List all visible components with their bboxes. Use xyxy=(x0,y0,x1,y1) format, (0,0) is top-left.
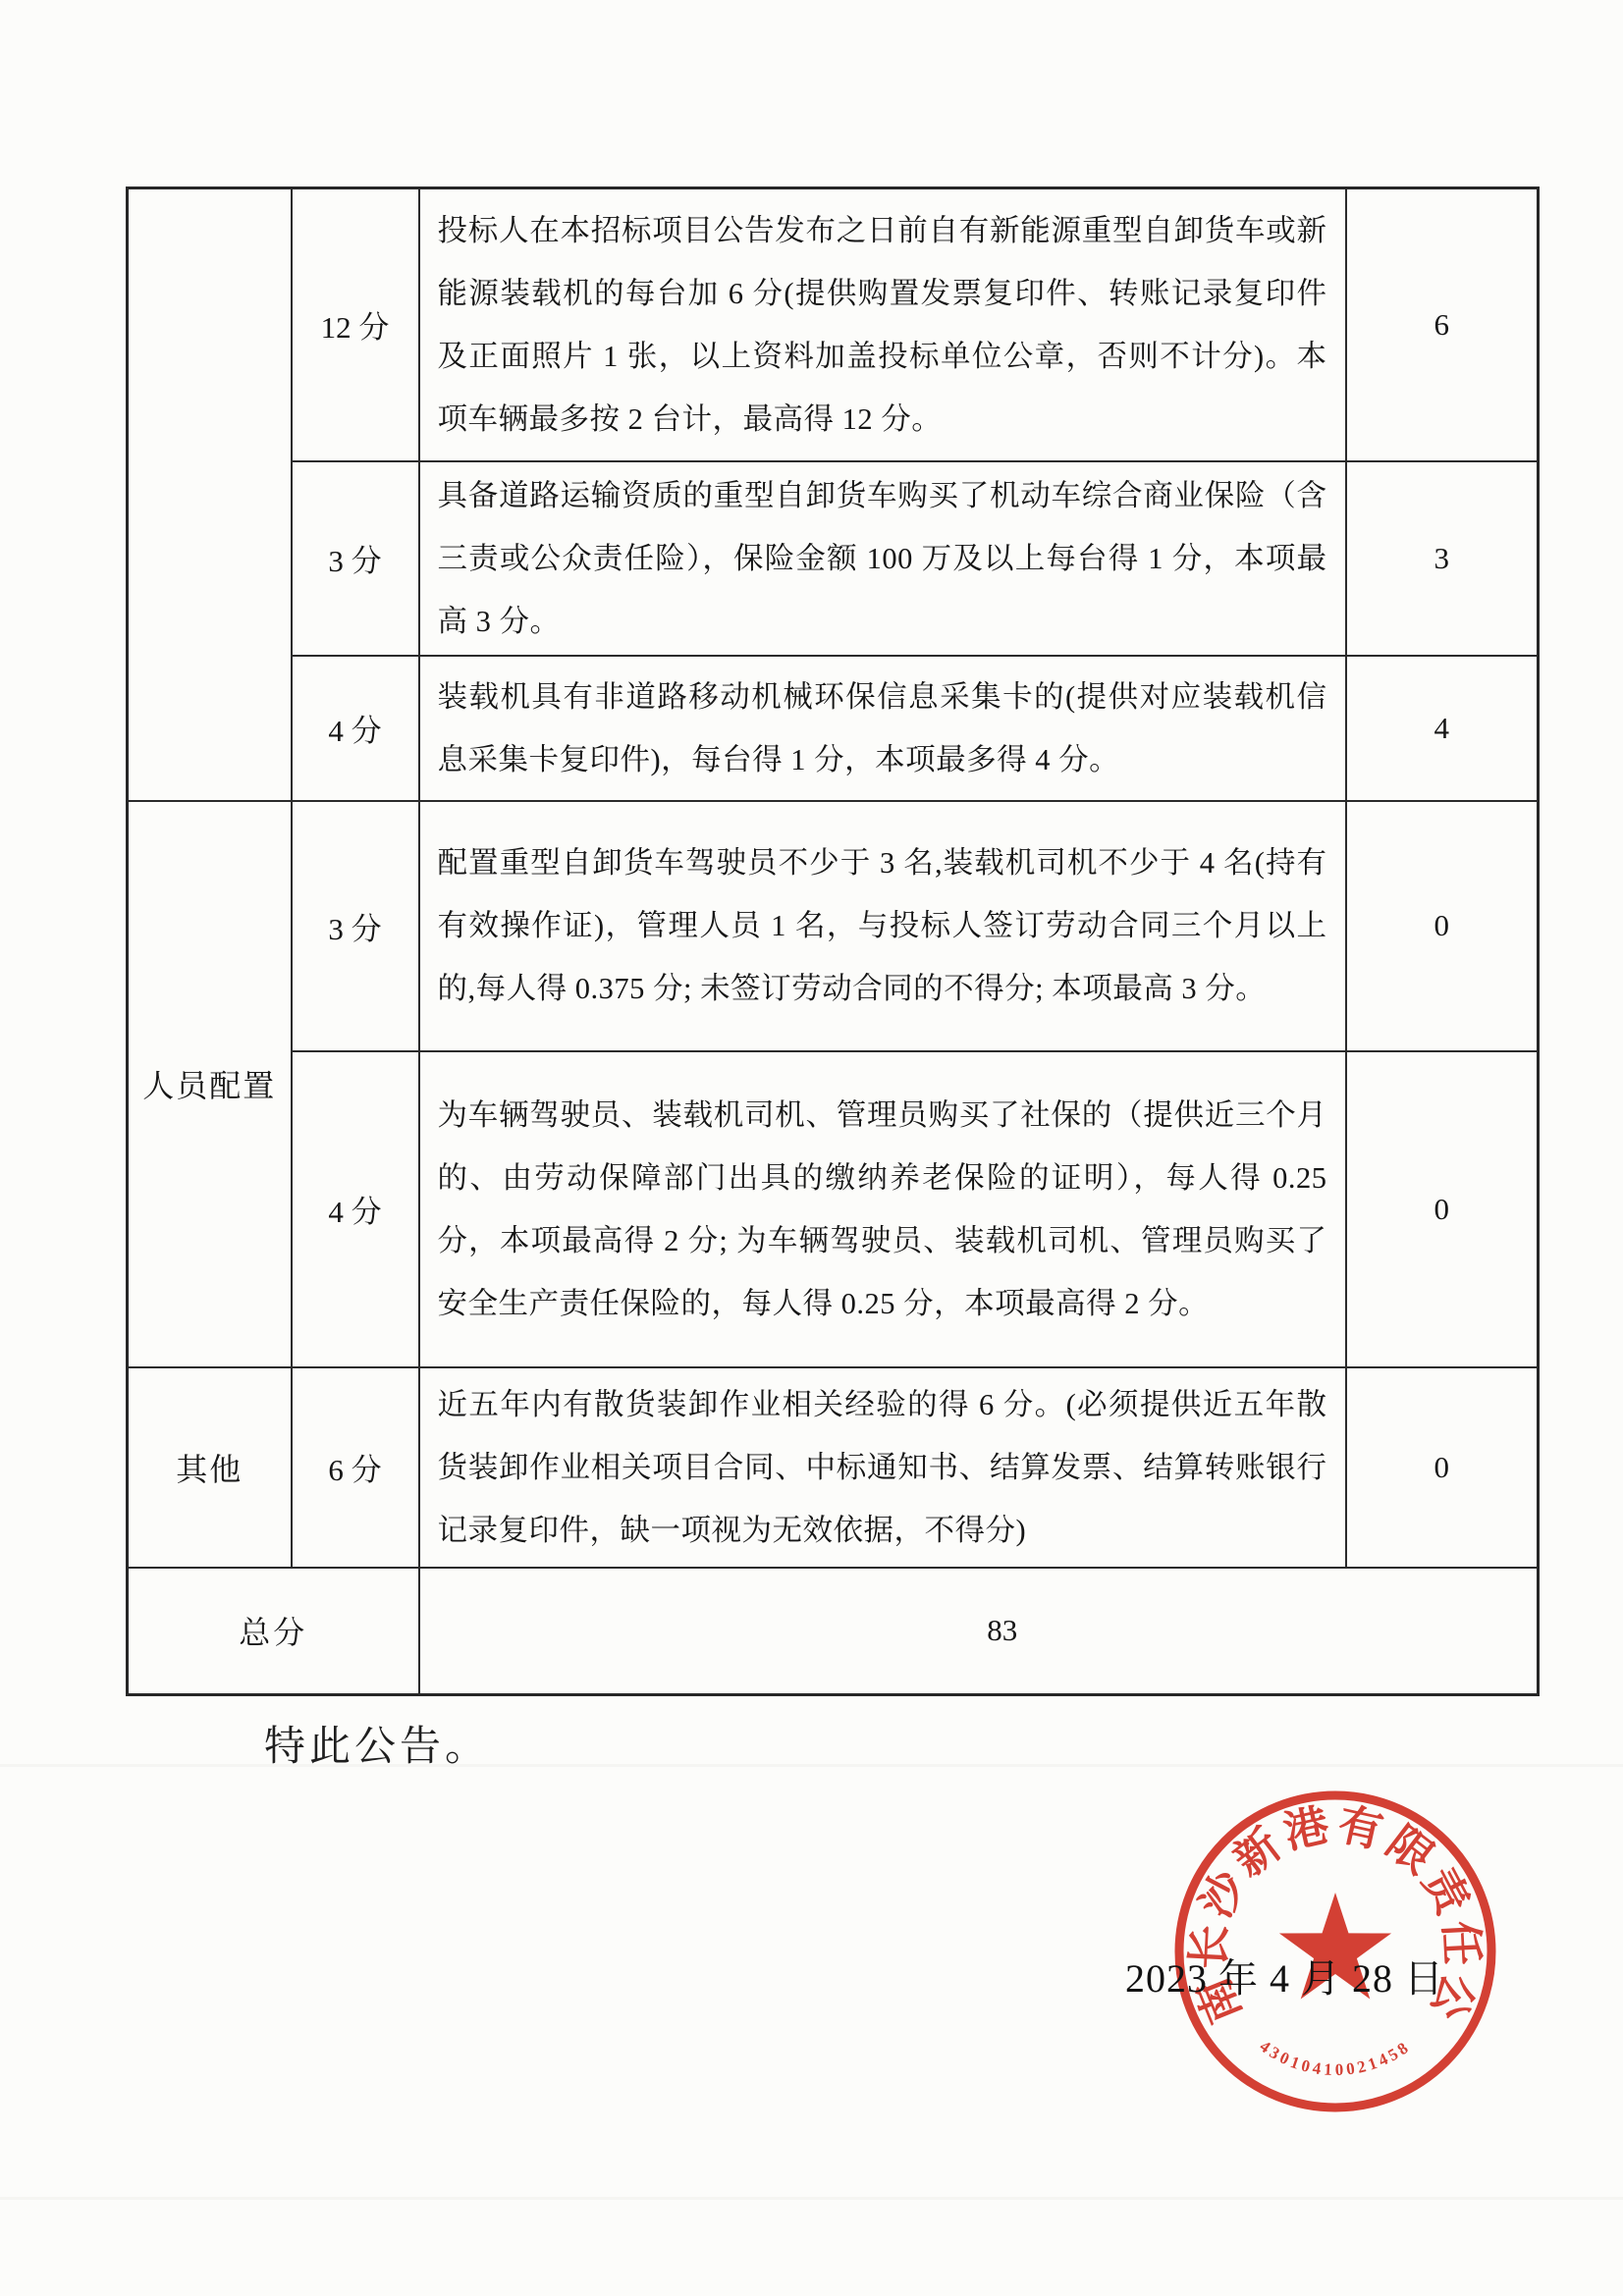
score-cell: 0 xyxy=(1346,1367,1539,1568)
scan-artifact-line xyxy=(0,2197,1623,2200)
score-cell: 0 xyxy=(1346,1051,1539,1367)
score-cell: 6 xyxy=(1346,188,1539,461)
scanned-announcement-page: 12 分 投标人在本招标项目公告发布之日前自有新能源重型自卸货车或新能源装载机的… xyxy=(0,0,1623,2296)
table-row: 3 分 具备道路运输资质的重型自卸货车购买了机动车综合商业保险（含三责或公众责任… xyxy=(128,461,1539,656)
category-cell-other: 其他 xyxy=(128,1367,292,1568)
category-cell-personnel: 人员配置 xyxy=(128,801,292,1367)
points-cell: 3 分 xyxy=(292,461,419,656)
points-cell: 4 分 xyxy=(292,656,419,801)
score-cell: 3 xyxy=(1346,461,1539,656)
score-cell: 0 xyxy=(1346,801,1539,1051)
total-row: 总分 83 xyxy=(128,1568,1539,1695)
scan-artifact-line xyxy=(0,1764,1623,1767)
points-cell: 3 分 xyxy=(292,801,419,1051)
criteria-description: 为车辆驾驶员、装载机司机、管理员购买了社保的（提供近三个月的、由劳动保障部门出具… xyxy=(419,1051,1346,1367)
total-label-cell: 总分 xyxy=(128,1568,419,1695)
table-row: 人员配置 3 分 配置重型自卸货车驾驶员不少于 3 名,装载机司机不少于 4 名… xyxy=(128,801,1539,1051)
points-cell: 12 分 xyxy=(292,188,419,461)
table-row: 其他 6 分 近五年内有散货装卸作业相关经验的得 6 分。(必须提供近五年散货装… xyxy=(128,1367,1539,1568)
category-cell-equipment xyxy=(128,188,292,801)
criteria-description: 配置重型自卸货车驾驶员不少于 3 名,装载机司机不少于 4 名(持有有效操作证)… xyxy=(419,801,1346,1051)
criteria-description: 具备道路运输资质的重型自卸货车购买了机动车综合商业保险（含三责或公众责任险），保… xyxy=(419,461,1346,656)
criteria-description: 投标人在本招标项目公告发布之日前自有新能源重型自卸货车或新能源装载机的每台加 6… xyxy=(419,188,1346,461)
criteria-description: 装载机具有非道路移动机械环保信息采集卡的(提供对应装载机信息采集卡复印件)，每台… xyxy=(419,656,1346,801)
score-cell: 4 xyxy=(1346,656,1539,801)
table-row: 4 分 为车辆驾驶员、装载机司机、管理员购买了社保的（提供近三个月的、由劳动保障… xyxy=(128,1051,1539,1367)
points-cell: 6 分 xyxy=(292,1367,419,1568)
total-value-cell: 83 xyxy=(419,1568,1539,1695)
points-cell: 4 分 xyxy=(292,1051,419,1367)
score-table: 12 分 投标人在本招标项目公告发布之日前自有新能源重型自卸货车或新能源装载机的… xyxy=(126,187,1540,1696)
seal-serial-arc: 43010410021458 xyxy=(1257,2037,1415,2079)
table-row: 12 分 投标人在本招标项目公告发布之日前自有新能源重型自卸货车或新能源装载机的… xyxy=(128,188,1539,461)
table-row: 4 分 装载机具有非道路移动机械环保信息采集卡的(提供对应装载机信息采集卡复印件… xyxy=(128,656,1539,801)
criteria-description: 近五年内有散货装卸作业相关经验的得 6 分。(必须提供近五年散货装卸作业相关项目… xyxy=(419,1367,1346,1568)
issue-date: 2023 年 4 月 28 日 xyxy=(1125,1948,1444,2003)
